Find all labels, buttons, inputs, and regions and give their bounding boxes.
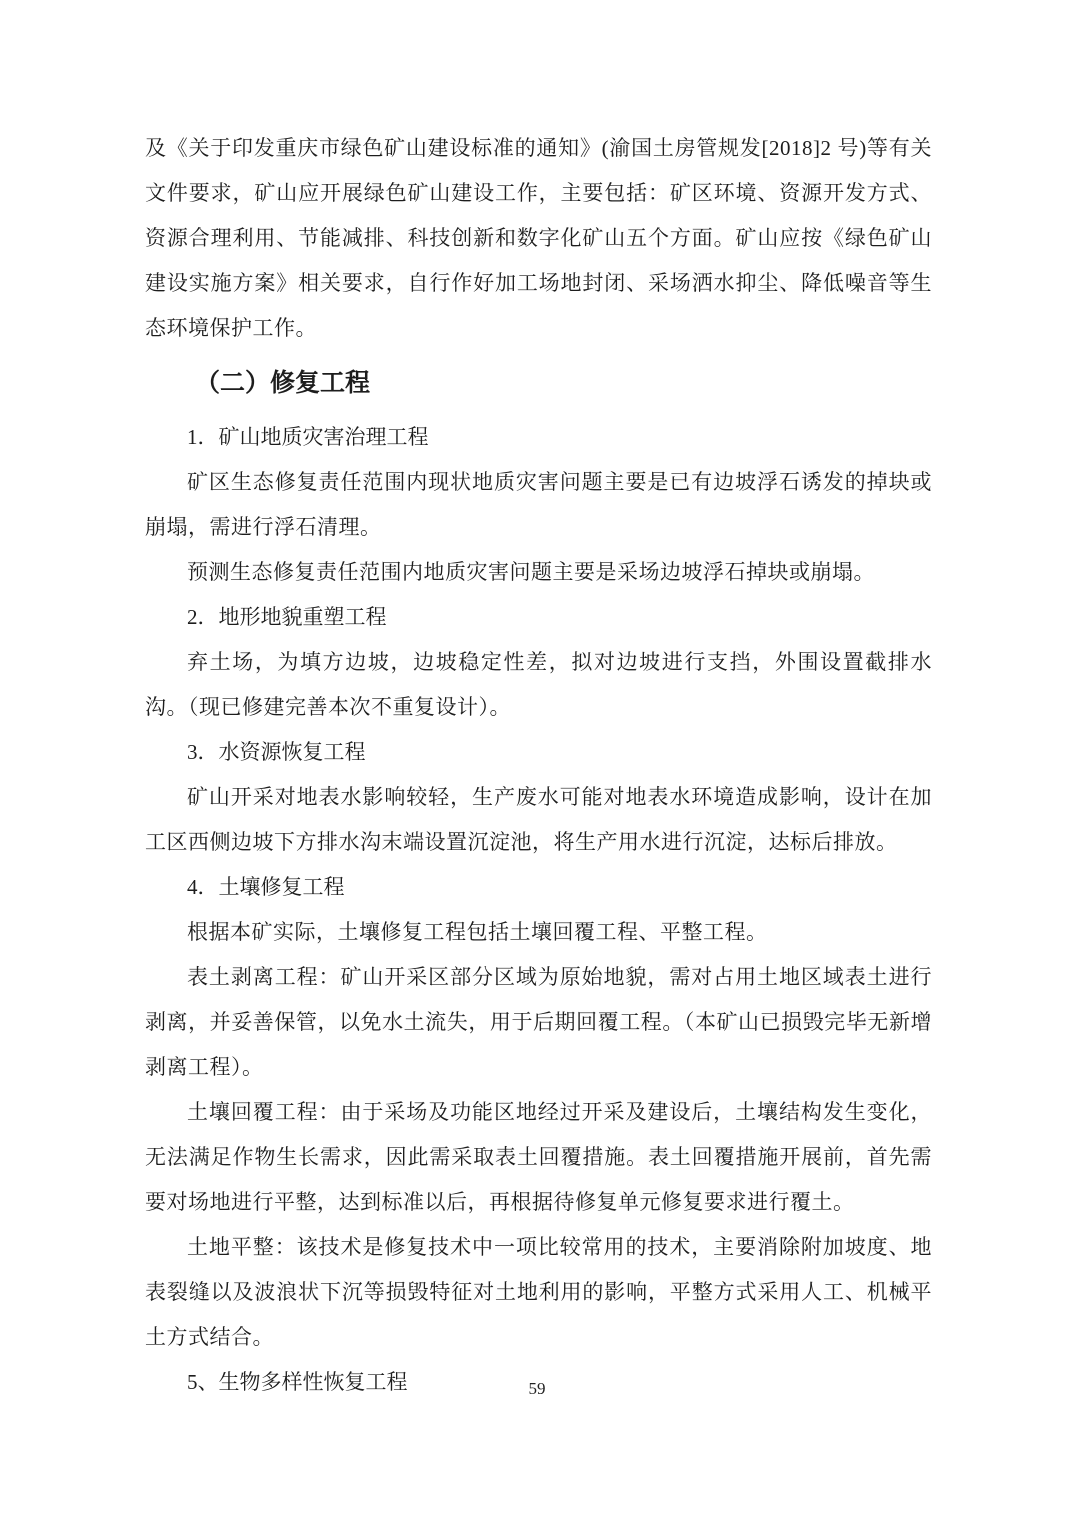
paragraph-land-leveling: 土地平整：该技术是修复技术中一项比较常用的技术，主要消除附加坡度、地表裂缝以及波… bbox=[145, 1225, 932, 1360]
paragraph-spoil-ground-slope: 弃土场，为填方边坡，边坡稳定性差，拟对边坡进行支挡，外围设置截排水沟。（现已修建… bbox=[145, 640, 932, 730]
document-page: 及《关于印发重庆市绿色矿山建设标准的通知》(渝国土房管规发[2018]2 号)等… bbox=[0, 0, 1074, 1520]
paragraph-topsoil-recovering: 土壤回覆工程：由于采场及功能区地经过开采及建设后，土壤结构发生变化，无法满足作物… bbox=[145, 1090, 932, 1225]
paragraph-green-mine-requirements: 及《关于印发重庆市绿色矿山建设标准的通知》(渝国土房管规发[2018]2 号)等… bbox=[145, 126, 932, 351]
document-body: 及《关于印发重庆市绿色矿山建设标准的通知》(渝国土房管规发[2018]2 号)等… bbox=[145, 126, 932, 1405]
paragraph-topsoil-stripping: 表土剥离工程：矿山开采区部分区域为原始地貌，需对占用土地区域表土进行剥离，并妥善… bbox=[145, 955, 932, 1090]
numbered-item-2-landform-reshaping: 2．地形地貌重塑工程 bbox=[145, 595, 932, 640]
paragraph-soil-restoration-scope: 根据本矿实际，土壤修复工程包括土壤回覆工程、平整工程。 bbox=[145, 910, 932, 955]
page-number: 59 bbox=[0, 1378, 1074, 1400]
numbered-item-1-geohazard-control: 1．矿山地质灾害治理工程 bbox=[145, 415, 932, 460]
numbered-item-4-soil-restoration: 4．土壤修复工程 bbox=[145, 865, 932, 910]
paragraph-water-impact-sedimentation: 矿山开采对地表水影响较轻，生产废水可能对地表水环境造成影响，设计在加工区西侧边坡… bbox=[145, 775, 932, 865]
paragraph-current-geohazard: 矿区生态修复责任范围内现状地质灾害问题主要是已有边坡浮石诱发的掉块或崩塌，需进行… bbox=[145, 460, 932, 550]
numbered-item-3-water-resource-restoration: 3．水资源恢复工程 bbox=[145, 730, 932, 775]
section-heading-restoration-engineering: （二）修复工程 bbox=[145, 359, 932, 409]
paragraph-predicted-geohazard: 预测生态修复责任范围内地质灾害问题主要是采场边坡浮石掉块或崩塌。 bbox=[145, 550, 932, 595]
